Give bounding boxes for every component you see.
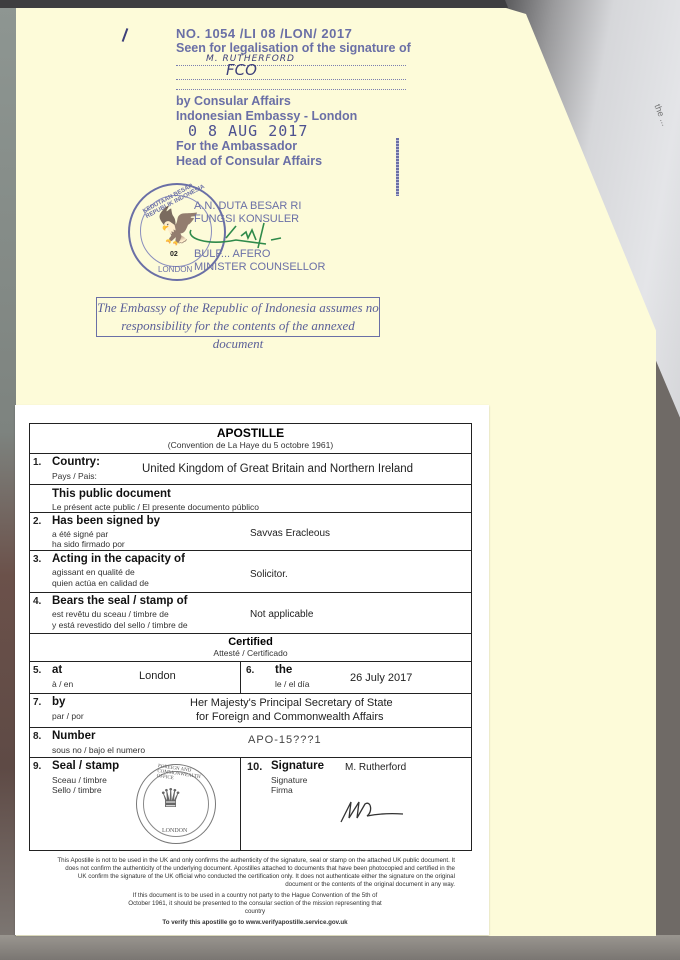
pen-mark (122, 28, 129, 42)
signed-by-value: Savvas Eracleous (250, 528, 330, 539)
row-capacity: 3. Acting in the capacity of agissant en… (30, 551, 471, 593)
blank-line (176, 81, 406, 90)
apostille-title: APOSTILLE (30, 424, 471, 440)
seal-bottom-text: LONDON (158, 265, 192, 274)
seal-value: Not applicable (250, 609, 313, 620)
barcode-strip (396, 138, 399, 196)
royal-crest-icon: ♛ (159, 783, 182, 814)
disclaimer-line-1: The Embassy of the Republic of Indonesia… (97, 299, 379, 317)
notes-paragraph-2: If this document is to be used in a coun… (55, 892, 455, 916)
seal-number: 02 (170, 251, 178, 258)
handwritten-signature (337, 796, 407, 826)
row-number: 8. Number sous no / bajo el numero APO-1… (30, 728, 471, 758)
disclaimer-line-2: responsibility for the contents of the a… (97, 317, 379, 353)
row-certified: Certified Attesté / Certificado (30, 634, 471, 662)
legalisation-stamp: NO. 1054 /LI 08 /LON/ 2017 Seen for lega… (176, 26, 411, 169)
authority-value-1: Her Majesty's Principal Secretary of Sta… (190, 697, 393, 709)
row-by: 7. by par / por Her Majesty's Principal … (30, 694, 471, 728)
apostille-notes: This Apostille is not to be used in the … (55, 857, 455, 927)
date-value: 26 July 2017 (350, 672, 412, 684)
authority-value-2: for Foreign and Commonwealth Affairs (196, 711, 384, 723)
embassy-disclaimer-box: The Embassy of the Republic of Indonesia… (96, 297, 380, 337)
row-at-date: 5. at à / en London 6. the le / el día 2… (30, 662, 471, 694)
signatory-name: M. Rutherford (345, 762, 406, 773)
for-line: For the Ambassador (176, 139, 411, 154)
country-value: United Kingdom of Great Britain and Nort… (142, 463, 413, 475)
by-line: by Consular Affairs (176, 94, 411, 109)
legalisation-date: 0 8 AUG 2017 (188, 124, 411, 139)
row-seal-signature: 9. Seal / stamp Sceau / timbre Sello / t… (30, 758, 471, 850)
seal-side-bottom-2: MINISTER COUNSELLOR (194, 261, 325, 274)
row-seal-of: 4. Bears the seal / stamp of est revêtu … (30, 593, 471, 634)
apostille-subtitle: (Convention de La Haye du 5 octobre 1961… (30, 440, 471, 450)
background-bottom (0, 935, 680, 960)
office-line: FCO (176, 67, 406, 80)
seal-side-top-1: A.N. DUTA BESAR RI (194, 200, 325, 213)
signatory-line: M. RUTHERFORD (176, 56, 406, 66)
apostille-certificate: APOSTILLE (Convention de La Haye du 5 oc… (15, 405, 489, 935)
row-signed-by: 2. Has been signed by a été signé par ha… (30, 513, 471, 551)
apostille-table: APOSTILLE (Convention de La Haye du 5 oc… (29, 423, 472, 851)
consular-signature (186, 218, 296, 258)
fco-seal: FOREIGN AND COMMONWEALTH OFFICE ♛ LONDON (136, 764, 216, 844)
verify-link[interactable]: To verify this apostille go to www.verif… (55, 919, 455, 927)
notes-paragraph-1: This Apostille is not to be used in the … (55, 857, 455, 889)
head-line: Head of Consular Affairs (176, 154, 411, 169)
legalisation-number: NO. 1054 /LI 08 /LON/ 2017 (176, 26, 411, 41)
apostille-header: APOSTILLE (Convention de La Haye du 5 oc… (30, 424, 471, 454)
row-public-document: This public document Le présent acte pub… (30, 485, 471, 513)
row-country: 1. Country: Pays / Pais: United Kingdom … (30, 454, 471, 485)
capacity-value: Solicitor. (250, 569, 288, 580)
apostille-number-value: APO-15???1 (248, 734, 322, 746)
place-value: London (139, 670, 176, 682)
